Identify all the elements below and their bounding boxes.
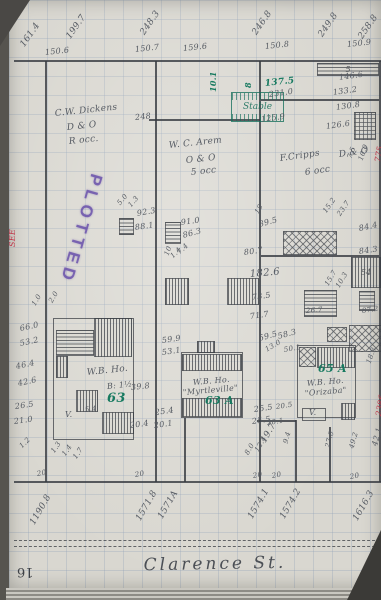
measurement-annotation: 92.3 xyxy=(136,207,156,218)
owner-label: 6 occ xyxy=(304,165,331,177)
outbuilding xyxy=(165,278,189,305)
measurement-annotation: 87.2 xyxy=(362,306,380,315)
roll-number: 1190.8 xyxy=(29,493,53,526)
measurement-annotation: 89.5 xyxy=(258,216,278,229)
roll-number: 1574.1 xyxy=(247,487,271,520)
house-63-wing xyxy=(94,318,132,357)
measurement-annotation: 2.0 xyxy=(48,290,60,304)
measurement-annotation: 125.9 xyxy=(260,113,285,124)
plotted-stamp: PLOTTED xyxy=(56,171,106,284)
house-63-wing xyxy=(56,330,94,356)
yard-line xyxy=(295,420,297,482)
measurement-annotation: 71.7 xyxy=(249,310,269,321)
left-boundary-line xyxy=(45,61,47,482)
measurement-annotation: 7.4 xyxy=(177,243,190,256)
measurement-annotation: 248 xyxy=(135,112,152,122)
measurement-annotation: 10.1 xyxy=(209,71,217,92)
measurement-annotation: 49.2 xyxy=(349,431,360,449)
frontage-measurement: 150.9 xyxy=(347,38,372,49)
house-number-label: 63 A xyxy=(205,395,234,406)
street-label: Clarence St. xyxy=(105,552,325,576)
house-63-wing xyxy=(56,356,68,378)
margin-note-red: SEE xyxy=(9,229,17,247)
measurement-annotation: 88.1 xyxy=(134,221,154,232)
bottom-boundary-line xyxy=(14,481,381,483)
frontage-measurement: 150.6 xyxy=(45,46,70,57)
street-edge-dashed-line xyxy=(14,546,381,547)
measurement-annotation: 20 xyxy=(271,471,282,480)
orizaba-wing xyxy=(299,347,316,367)
measurement-annotation: 182.6 xyxy=(250,267,281,280)
measurement-annotation: 20.1 xyxy=(153,419,173,430)
measurement-annotation: 9.4 xyxy=(283,431,293,444)
house-number-label: 63 xyxy=(107,392,126,405)
measurement-annotation: 20.4 xyxy=(129,419,149,430)
measurement-annotation: 1.7 xyxy=(72,447,85,461)
street-edge-dashed-line xyxy=(14,540,381,541)
scanned-field-book-photo: 5Stable54 161.4199.7248.3246.8249.8258.8… xyxy=(0,0,381,600)
roll-number: 1616.3 xyxy=(352,489,376,522)
measurement-annotation: 13.0 xyxy=(264,339,282,353)
measurement-annotation: 91.0 xyxy=(180,216,200,227)
measurement-annotation: 246.8 xyxy=(251,10,274,37)
shed-54-label: 54 xyxy=(361,269,371,277)
measurement-annotation: 130.8 xyxy=(335,101,360,112)
stable-building-label: Stable xyxy=(243,103,272,112)
measurement-annotation: 20 xyxy=(252,471,263,480)
measurement-annotation: 86.3 xyxy=(182,227,202,240)
measurement-annotation: 1.0 xyxy=(31,293,43,307)
measurement-annotation: 133.2 xyxy=(332,86,357,97)
owner-label: R occ. xyxy=(69,135,100,147)
measurement-annotation: 25.5 xyxy=(253,403,273,414)
page-number: 16 xyxy=(17,564,34,579)
measurement-annotation: 8 xyxy=(244,82,252,88)
measurement-annotation: 20 xyxy=(349,472,360,481)
roll-number: 1571.8 xyxy=(135,489,159,522)
margin-note-red: 775 xyxy=(374,145,381,162)
measurement-annotation: 58.3 xyxy=(277,328,297,341)
frontage-measurement: 159.6 xyxy=(183,42,208,53)
measurement-annotation: 21.0 xyxy=(13,415,33,426)
owner-label: W. C. Arem xyxy=(169,136,223,151)
owner-label: O & O xyxy=(186,154,217,166)
owner-label: C.W. Dickens xyxy=(55,103,118,119)
outbuilding xyxy=(165,222,181,244)
measurement-annotation: 42.1 xyxy=(371,427,381,447)
measurement-annotation: 53.2 xyxy=(19,336,39,348)
measurement-annotation: 161.4 xyxy=(19,22,42,49)
roll-number: 1574.2 xyxy=(279,487,303,520)
frontage-measurement: 150.7 xyxy=(135,43,160,54)
measurement-annotation: V. xyxy=(309,409,317,417)
book-page-stack-edge xyxy=(6,588,381,600)
house-number-label: 65 A xyxy=(318,363,347,374)
shed-54: 54 xyxy=(351,257,381,288)
measurement-annotation: V. xyxy=(65,411,73,419)
measurement-annotation: 73.5 xyxy=(251,291,271,302)
owner-label: D & O xyxy=(67,121,98,133)
measurement-annotation: 146.6 xyxy=(338,71,363,82)
notebook-page: 5Stable54 161.4199.7248.3246.8249.8258.8… xyxy=(9,0,381,588)
measurement-annotation: 26.7 xyxy=(306,307,323,315)
measurement-annotation: 27.0 xyxy=(325,430,336,448)
yard-line xyxy=(184,418,186,482)
measurement-annotation: 249.8 xyxy=(317,12,340,39)
measurement-annotation: 20 xyxy=(134,470,145,479)
measurement-annotation: 42.6 xyxy=(17,376,37,388)
brick-outbuilding xyxy=(283,231,337,255)
measurement-annotation: 26.5 xyxy=(14,400,34,411)
roll-number: 1571A xyxy=(157,489,180,520)
measurement-annotation: 84.4 xyxy=(358,221,378,233)
measurement-annotation: 46.4 xyxy=(15,359,35,371)
orizaba-wing xyxy=(341,403,355,420)
measurement-annotation: 39.8 xyxy=(131,382,151,392)
owner-label: 5 occ xyxy=(191,166,217,178)
measurement-annotation: 231.0 xyxy=(268,88,293,99)
plot-divider-line xyxy=(155,61,157,482)
outbuilding xyxy=(327,327,347,342)
outbuilding xyxy=(119,218,134,235)
measurement-annotation: 23.7 xyxy=(336,200,351,218)
top-boundary-line xyxy=(14,60,381,62)
measurement-annotation: 18 xyxy=(254,204,265,216)
myrtleville-porch xyxy=(197,341,215,353)
margin-note-red: 2386 xyxy=(375,394,381,417)
measurement-annotation: 126.6 xyxy=(325,120,350,131)
measurement-annotation: 66.0 xyxy=(19,321,39,333)
measurement-annotation: 1.2 xyxy=(19,437,32,450)
myrtleville-wing xyxy=(182,354,242,371)
measurement-annotation: 20.5 xyxy=(276,402,294,411)
measurement-annotation: 199.7 xyxy=(65,14,88,41)
measurement-annotation: 248.3 xyxy=(139,10,162,37)
frontage-measurement: 150.8 xyxy=(265,40,290,51)
measurement-annotation: 53.1 xyxy=(161,346,181,357)
outbuilding xyxy=(354,112,376,140)
measurement-annotation: 59.9 xyxy=(161,334,181,345)
measurement-annotation: 25.4 xyxy=(154,406,174,417)
owner-label: F.Cripps xyxy=(279,149,320,164)
